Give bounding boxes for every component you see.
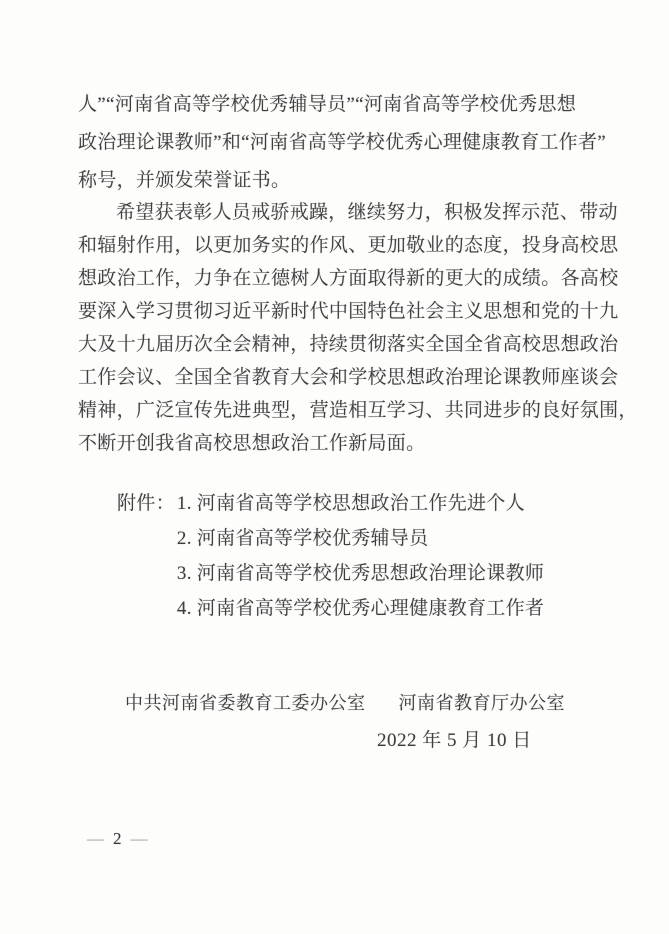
text-line: 希望获表彰人员戒骄戒躁，继续努力，积极发挥示范、带动 (78, 196, 598, 229)
text-line: 4. 河南省高等学校优秀心理健康教育工作者 (177, 591, 544, 626)
attachment-section: 附件： 1. 河南省高等学校思想政治工作先进个人2. 河南省高等学校优秀辅导员3… (117, 486, 544, 626)
paragraph-body: 希望获表彰人员戒骄戒躁，继续努力，积极发挥示范、带动和辐射作用，以更加务实的作风… (78, 196, 598, 460)
attachment-label: 附件： (117, 486, 175, 521)
signing-org-1: 中共河南省委教育工委办公室 (125, 688, 366, 718)
text-line: 人”“河南省高等学校优秀辅导员”“河南省高等学校优秀思想 (78, 86, 598, 124)
attachment-list: 1. 河南省高等学校思想政治工作先进个人2. 河南省高等学校优秀辅导员3. 河南… (177, 486, 544, 626)
text-line: 3. 河南省高等学校优秀思想政治理论课教师 (177, 556, 544, 591)
text-line: 1. 河南省高等学校思想政治工作先进个人 (177, 486, 544, 521)
footer-dash-right: — (131, 828, 148, 850)
text-line: 不断开创我省高校思想政治工作新局面。 (78, 427, 598, 460)
text-line: 精神，广泛宣传先进典型，营造相互学习、共同进步的良好氛围， (78, 394, 598, 427)
signature-date: 2022 年 5 月 10 日 (377, 727, 532, 755)
text-line: 要深入学习贯彻习近平新时代中国特色社会主义思想和党的十九 (78, 295, 598, 328)
signature-row: 中共河南省委教育工委办公室 河南省教育厅办公室 (125, 688, 565, 718)
text-line: 大及十九届历次全会精神，持续贯彻落实全国全省高校思想政治 (78, 328, 598, 361)
text-line: 称号，并颁发荣誉证书。 (78, 162, 598, 200)
footer-dash-left: — (87, 828, 104, 850)
document-page: 人”“河南省高等学校优秀辅导员”“河南省高等学校优秀思想政治理论课教师”和“河南… (0, 0, 669, 934)
page-number: 2 (113, 828, 122, 850)
text-line: 工作会议、全国全省教育大会和学校思想政治理论课教师座谈会 (78, 361, 598, 394)
signing-org-2: 河南省教育厅办公室 (399, 688, 566, 718)
text-line: 2. 河南省高等学校优秀辅导员 (177, 521, 544, 556)
paragraph-continuation: 人”“河南省高等学校优秀辅导员”“河南省高等学校优秀思想政治理论课教师”和“河南… (78, 86, 598, 200)
text-line: 和辐射作用，以更加务实的作风、更加敬业的态度，投身高校思 (78, 229, 598, 262)
page-footer: — 2 — (87, 828, 148, 850)
text-line: 政治理论课教师”和“河南省高等学校优秀心理健康教育工作者” (78, 124, 598, 162)
text-line: 想政治工作，力争在立德树人方面取得新的更大的成绩。各高校 (78, 262, 598, 295)
